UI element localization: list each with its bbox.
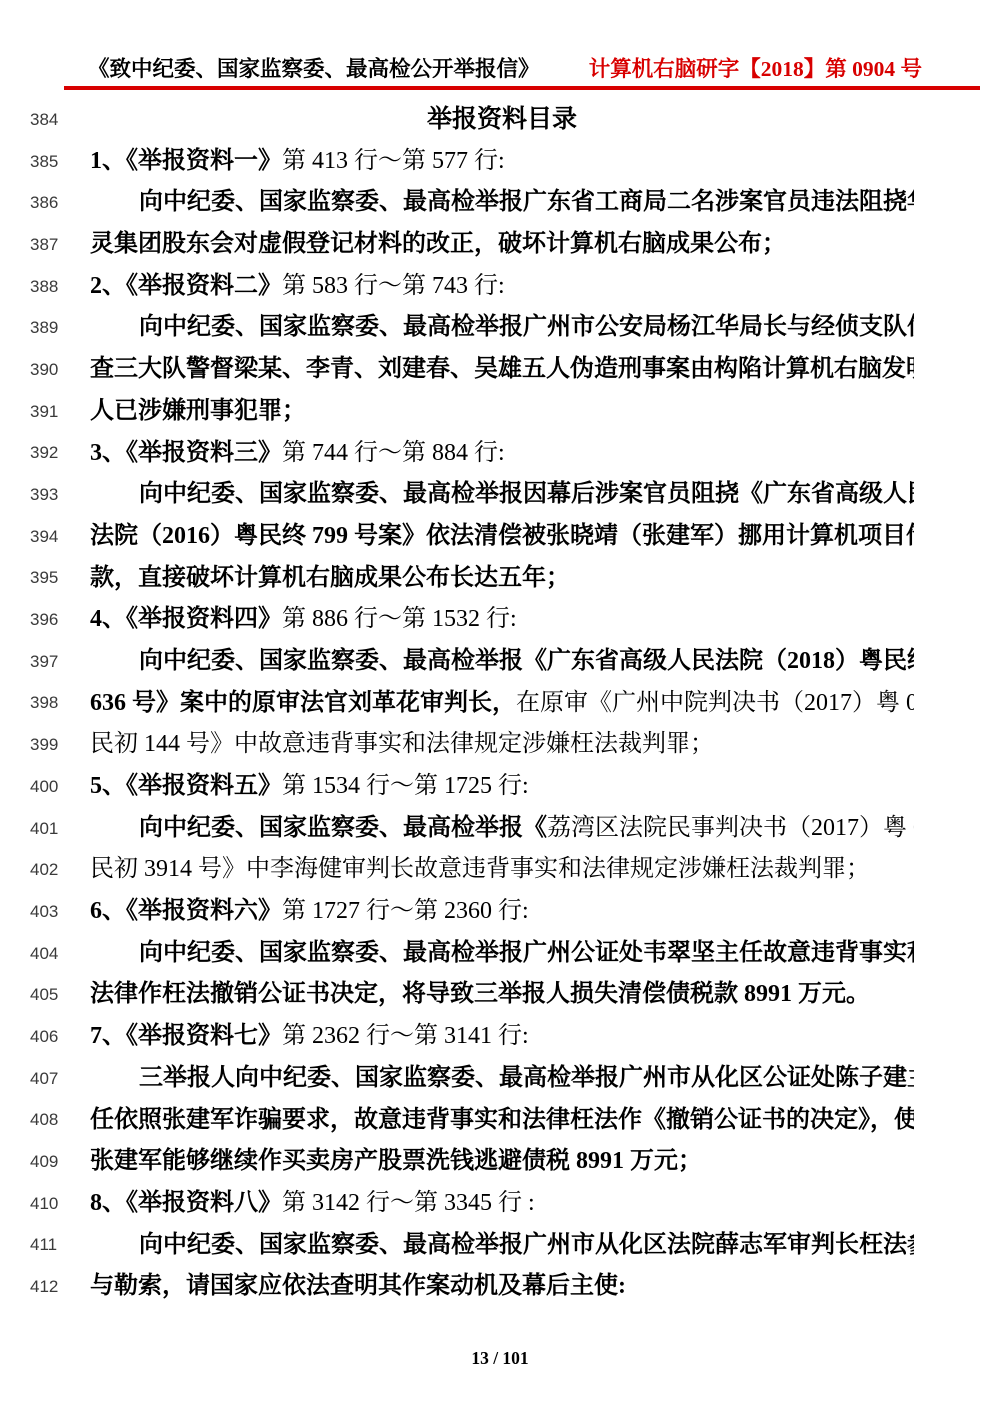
- document-line: 401向中纪委、国家监察委、最高检举报《荔湾区法院民事判决书（2017）粤 01…: [0, 808, 1000, 850]
- line-number: 384: [30, 110, 58, 130]
- line-text: 4、《举报资料四》第 886 行～第 1532 行:: [90, 599, 914, 641]
- line-number: 398: [30, 693, 58, 713]
- document-line: 386向中纪委、国家监察委、最高检举报广东省工商局二名涉案官员违法阻挠华: [0, 182, 1000, 224]
- line-text: 灵集团股东会对虚假登记材料的改正，破坏计算机右脑成果公布；: [90, 224, 914, 266]
- line-text: 7、《举报资料七》第 2362 行～第 3141 行:: [90, 1016, 914, 1058]
- document-line: 395款，直接破坏计算机右脑成果公布长达五年；: [0, 558, 1000, 600]
- line-number: 404: [30, 944, 58, 964]
- text-segment: 5、《举报资料五》: [90, 773, 282, 799]
- line-text: 民初 3914 号》中李海健审判长故意违背事实和法律规定涉嫌枉法裁判罪；: [90, 849, 914, 891]
- line-number: 393: [30, 485, 58, 505]
- text-segment: 第 744 行～第 884 行:: [282, 440, 505, 466]
- document-line: 4067、《举报资料七》第 2362 行～第 3141 行:: [0, 1016, 1000, 1058]
- document-line: 3964、《举报资料四》第 886 行～第 1532 行:: [0, 599, 1000, 641]
- line-number: 400: [30, 777, 58, 797]
- text-segment: 灵集团股东会对虚假登记材料的改正，破坏计算机右脑成果公布；: [90, 231, 786, 257]
- text-segment: 第 886 行～第 1532 行:: [282, 606, 517, 632]
- line-text: 与勒索，请国家应依法查明其作案动机及幕后主使:: [90, 1266, 914, 1308]
- line-number: 392: [30, 443, 58, 463]
- document-line: 404向中纪委、国家监察委、最高检举报广州公证处韦翠坚主任故意违背事实和: [0, 933, 1000, 975]
- line-text: 款，直接破坏计算机右脑成果公布长达五年；: [90, 558, 914, 600]
- document-line: 398636 号》案中的原审法官刘革花审判长，在原审《广州中院判决书（2017）…: [0, 683, 1000, 725]
- document-line: 405法律作枉法撤销公证书决定，将导致三举报人损失清偿债税款 8991 万元。: [0, 974, 1000, 1016]
- text-segment: 向中纪委、国家监察委、最高检举报因幕后涉案官员阻挠《广东省高级人民: [139, 481, 914, 507]
- document-line: 391人已涉嫌刑事犯罪；: [0, 391, 1000, 433]
- line-number: 402: [30, 860, 58, 880]
- document-line: 409张建军能够继续作买卖房产股票洗钱逃避债税 8991 万元；: [0, 1141, 1000, 1183]
- text-segment: 第 583 行～第 743 行:: [282, 273, 505, 299]
- line-number: 407: [30, 1069, 58, 1089]
- header-rule-divider: [64, 86, 980, 90]
- text-segment: 民初 3914 号》中李海健审判长故意违背事实和法律规定涉嫌枉法裁判罪；: [90, 856, 870, 882]
- text-segment: 4、《举报资料四》: [90, 606, 282, 632]
- text-segment: 与勒索，请国家应依法查明其作案动机及幕后主使:: [90, 1273, 626, 1299]
- toc-title-row: 384 举报资料目录: [0, 99, 1000, 141]
- line-number: 385: [30, 152, 58, 172]
- text-segment: 第 3142 行～第 3345 行 :: [282, 1190, 535, 1216]
- line-text: 2、《举报资料二》第 583 行～第 743 行:: [90, 266, 914, 308]
- text-segment: 1、《举报资料一》: [90, 148, 282, 174]
- text-segment: 人已涉嫌刑事犯罪；: [90, 398, 306, 424]
- line-number: 396: [30, 610, 58, 630]
- line-number: 412: [30, 1277, 58, 1297]
- line-text: 法律作枉法撤销公证书决定，将导致三举报人损失清偿债税款 8991 万元。: [90, 974, 914, 1016]
- line-number: 386: [30, 193, 58, 213]
- document-line: 390查三大队警督梁某、李青、刘建春、吴雄五人伪造刑事案由构陷计算机右脑发明: [0, 349, 1000, 391]
- document-line: 408任依照张建军诈骗要求，故意违背事实和法律枉法作《撤销公证书的决定》，使: [0, 1100, 1000, 1142]
- text-segment: 向中纪委、国家监察委、最高检举报广州市从化区法院薛志军审判长枉法参: [139, 1232, 914, 1258]
- document-line: 402民初 3914 号》中李海健审判长故意违背事实和法律规定涉嫌枉法裁判罪；: [0, 849, 1000, 891]
- document-line: 3851、《举报资料一》第 413 行～第 577 行:: [0, 141, 1000, 183]
- line-number: 403: [30, 902, 58, 922]
- toc-title: 举报资料目录: [90, 99, 914, 141]
- line-text: 法院（2016）粤民终 799 号案》依法清偿被张晓靖（张建军）挪用计算机项目借: [90, 516, 914, 558]
- text-segment: 法院（2016）粤民终 799 号案》依法清偿被张晓靖（张建军）挪用计算机项目借: [90, 523, 914, 549]
- text-segment: 荔湾区法院民事判决书（2017）粤 0103: [547, 815, 914, 841]
- document-line: 393向中纪委、国家监察委、最高检举报因幕后涉案官员阻挠《广东省高级人民: [0, 474, 1000, 516]
- line-text: 任依照张建军诈骗要求，故意违背事实和法律枉法作《撤销公证书的决定》，使: [90, 1100, 914, 1142]
- line-text: 三举报人向中纪委、国家监察委、最高检举报广州市从化区公证处陈子建主: [90, 1058, 914, 1100]
- line-number: 405: [30, 985, 58, 1005]
- line-number: 401: [30, 819, 58, 839]
- line-number: 389: [30, 318, 58, 338]
- document-line: 394法院（2016）粤民终 799 号案》依法清偿被张晓靖（张建军）挪用计算机…: [0, 516, 1000, 558]
- text-segment: 第 1727 行～第 2360 行:: [282, 898, 529, 924]
- line-number: 411: [30, 1235, 57, 1255]
- document-line: 4005、《举报资料五》第 1534 行～第 1725 行:: [0, 766, 1000, 808]
- document-line: 4036、《举报资料六》第 1727 行～第 2360 行:: [0, 891, 1000, 933]
- line-number: 391: [30, 402, 58, 422]
- text-segment: 在原审《广州中院判决书（2017）粤 01: [516, 690, 914, 716]
- text-segment: 款，直接破坏计算机右脑成果公布长达五年；: [90, 565, 570, 591]
- text-segment: 6、《举报资料六》: [90, 898, 282, 924]
- line-text: 向中纪委、国家监察委、最高检举报《荔湾区法院民事判决书（2017）粤 0103: [90, 808, 914, 850]
- line-text: 3、《举报资料三》第 744 行～第 884 行:: [90, 433, 914, 475]
- line-text: 向中纪委、国家监察委、最高检举报因幕后涉案官员阻挠《广东省高级人民: [90, 474, 914, 516]
- line-text: 636 号》案中的原审法官刘革花审判长，在原审《广州中院判决书（2017）粤 0…: [90, 683, 914, 725]
- text-segment: 任依照张建军诈骗要求，故意违背事实和法律枉法作《撤销公证书的决定》，使: [90, 1107, 914, 1133]
- document-body: 384 举报资料目录 3851、《举报资料一》第 413 行～第 577 行:3…: [0, 99, 1000, 1308]
- line-number: 408: [30, 1110, 58, 1130]
- line-text: 张建军能够继续作买卖房产股票洗钱逃避债税 8991 万元；: [90, 1141, 914, 1183]
- text-segment: 向中纪委、国家监察委、最高检举报《广东省高级人民法院（2018）粤民终: [139, 648, 914, 674]
- line-text: 向中纪委、国家监察委、最高检举报《广东省高级人民法院（2018）粤民终: [90, 641, 914, 683]
- text-segment: 张建军能够继续作买卖房产股票洗钱逃避债税 8991 万元；: [90, 1148, 702, 1174]
- line-number: 394: [30, 527, 58, 547]
- text-segment: 向中纪委、国家监察委、最高检举报广东省工商局二名涉案官员违法阻挠华: [139, 189, 914, 215]
- document-line: 387灵集团股东会对虚假登记材料的改正，破坏计算机右脑成果公布；: [0, 224, 1000, 266]
- text-segment: 636 号》案中的原审法官刘革花审判长，: [90, 690, 516, 716]
- line-text: 5、《举报资料五》第 1534 行～第 1725 行:: [90, 766, 914, 808]
- document-line: 3923、《举报资料三》第 744 行～第 884 行:: [0, 433, 1000, 475]
- document-line: 3882、《举报资料二》第 583 行～第 743 行:: [0, 266, 1000, 308]
- text-segment: 2、《举报资料二》: [90, 273, 282, 299]
- line-number: 399: [30, 735, 58, 755]
- document-line: 407三举报人向中纪委、国家监察委、最高检举报广州市从化区公证处陈子建主: [0, 1058, 1000, 1100]
- text-segment: 民初 144 号》中故意违背事实和法律规定涉嫌枉法裁判罪；: [90, 731, 714, 757]
- line-text: 向中纪委、国家监察委、最高检举报广州市公安局杨江华局长与经侦支队侦: [90, 307, 914, 349]
- line-number: 387: [30, 235, 58, 255]
- text-segment: 7、《举报资料七》: [90, 1023, 282, 1049]
- line-text: 查三大队警督梁某、李青、刘建春、吴雄五人伪造刑事案由构陷计算机右脑发明: [90, 349, 914, 391]
- document-line: 411向中纪委、国家监察委、最高检举报广州市从化区法院薛志军审判长枉法参: [0, 1225, 1000, 1267]
- text-segment: 3、《举报资料三》: [90, 440, 282, 466]
- document-header-title: 《致中纪委、国家监察委、最高检公开举报信》: [88, 52, 540, 83]
- document-line: 399民初 144 号》中故意违背事实和法律规定涉嫌枉法裁判罪；: [0, 724, 1000, 766]
- text-segment: 第 413 行～第 577 行:: [282, 148, 505, 174]
- page-header: 《致中纪委、国家监察委、最高检公开举报信》 计算机右脑研字【2018】第 090…: [88, 52, 922, 83]
- line-text: 6、《举报资料六》第 1727 行～第 2360 行:: [90, 891, 914, 933]
- line-text: 向中纪委、国家监察委、最高检举报广东省工商局二名涉案官员违法阻挠华: [90, 182, 914, 224]
- line-text: 1、《举报资料一》第 413 行～第 577 行:: [90, 141, 914, 183]
- line-number: 388: [30, 277, 58, 297]
- line-number: 410: [30, 1194, 58, 1214]
- text-segment: 向中纪委、国家监察委、最高检举报《: [139, 815, 547, 841]
- line-number: 397: [30, 652, 58, 672]
- document-line: 4108、《举报资料八》第 3142 行～第 3345 行 :: [0, 1183, 1000, 1225]
- line-text: 向中纪委、国家监察委、最高检举报广州公证处韦翠坚主任故意违背事实和: [90, 933, 914, 975]
- line-number: 409: [30, 1152, 58, 1172]
- line-text: 民初 144 号》中故意违背事实和法律规定涉嫌枉法裁判罪；: [90, 724, 914, 766]
- text-segment: 第 2362 行～第 3141 行:: [282, 1023, 529, 1049]
- document-line: 397向中纪委、国家监察委、最高检举报《广东省高级人民法院（2018）粤民终: [0, 641, 1000, 683]
- text-segment: 向中纪委、国家监察委、最高检举报广州公证处韦翠坚主任故意违背事实和: [139, 940, 914, 966]
- document-lines: 3851、《举报资料一》第 413 行～第 577 行:386向中纪委、国家监察…: [0, 141, 1000, 1308]
- text-segment: 第 1534 行～第 1725 行:: [282, 773, 529, 799]
- page-indicator: 13 / 101: [0, 1348, 1000, 1369]
- line-text: 向中纪委、国家监察委、最高检举报广州市从化区法院薛志军审判长枉法参: [90, 1225, 914, 1267]
- line-number: 390: [30, 360, 58, 380]
- line-number: 406: [30, 1027, 58, 1047]
- text-segment: 向中纪委、国家监察委、最高检举报广州市公安局杨江华局长与经侦支队侦: [139, 314, 914, 340]
- document-number: 计算机右脑研字【2018】第 0904 号: [589, 52, 922, 83]
- document-line: 412与勒索，请国家应依法查明其作案动机及幕后主使:: [0, 1266, 1000, 1308]
- line-text: 8、《举报资料八》第 3142 行～第 3345 行 :: [90, 1183, 914, 1225]
- text-segment: 法律作枉法撤销公证书决定，将导致三举报人损失清偿债税款 8991 万元。: [90, 981, 870, 1007]
- text-segment: 查三大队警督梁某、李青、刘建春、吴雄五人伪造刑事案由构陷计算机右脑发明: [90, 356, 914, 382]
- text-segment: 三举报人向中纪委、国家监察委、最高检举报广州市从化区公证处陈子建主: [139, 1065, 914, 1091]
- text-segment: 8、《举报资料八》: [90, 1190, 282, 1216]
- document-line: 389向中纪委、国家监察委、最高检举报广州市公安局杨江华局长与经侦支队侦: [0, 307, 1000, 349]
- document-page: 《致中纪委、国家监察委、最高检公开举报信》 计算机右脑研字【2018】第 090…: [0, 0, 1000, 1413]
- line-number: 395: [30, 568, 58, 588]
- line-text: 人已涉嫌刑事犯罪；: [90, 391, 914, 433]
